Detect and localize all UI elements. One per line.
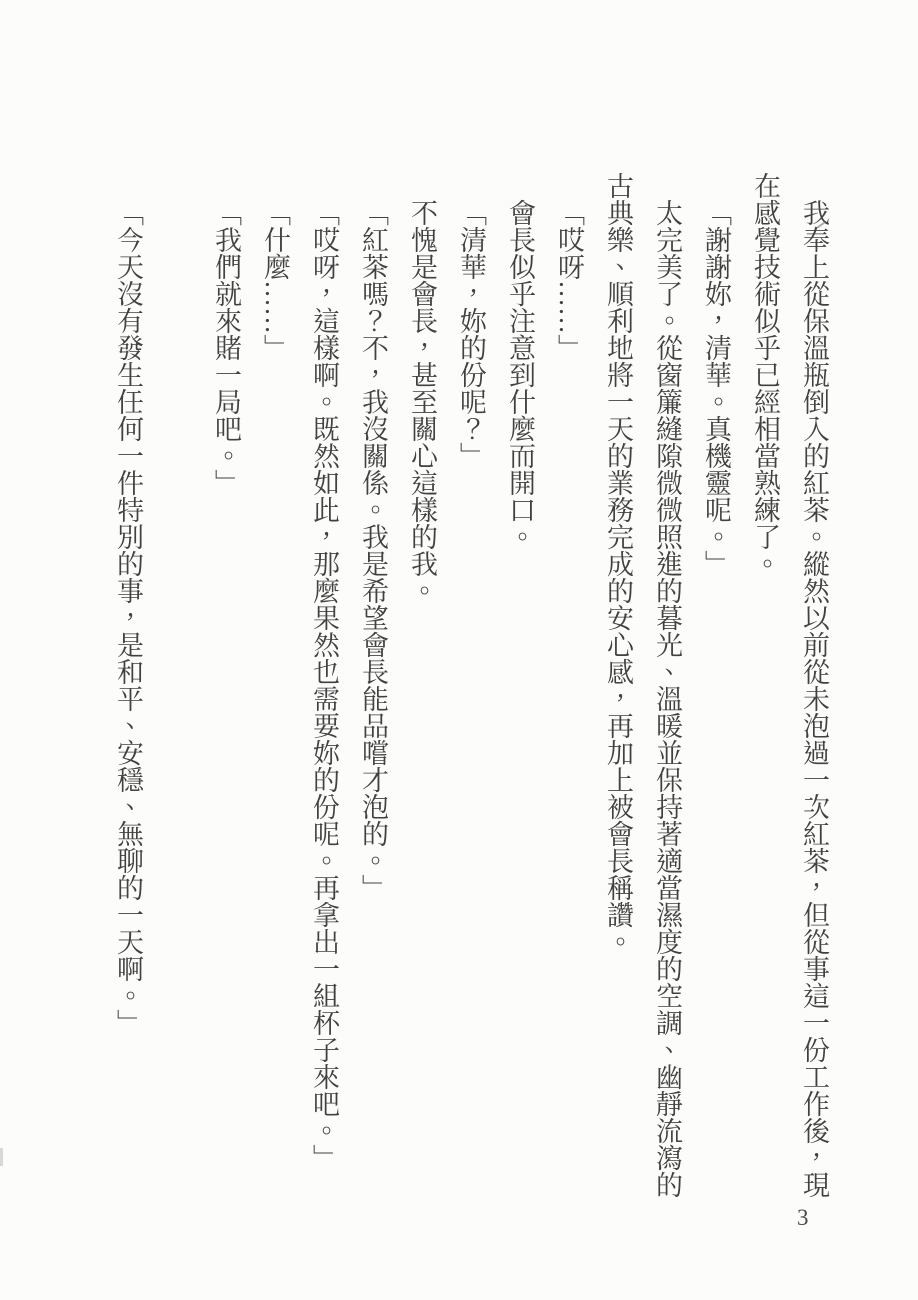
dialogue-paragraph: 「今天沒有發生任何一件特別的事，是和平、安穩、無聊的一天啊。」 [103, 172, 152, 1212]
dialogue-paragraph: 「哎呀……」 [544, 172, 593, 1212]
page-number: 3 [797, 1205, 809, 1231]
dialogue-paragraph: 「謝謝妳，清華。真機靈呢。」 [691, 172, 740, 1212]
narration-paragraph: 會長似乎注意到什麼而開口。 [495, 172, 544, 1212]
book-page: { "page": { "background_color": "#fcfcfb… [0, 0, 918, 1300]
dialogue-paragraph: 「我們就來賭一局吧。」 [201, 172, 250, 1212]
scan-edge-artifact [0, 1148, 3, 1166]
narration-paragraph: 不愧是會長，甚至關心這樣的我。 [397, 172, 446, 1212]
dialogue-paragraph: 「清華，妳的份呢？」 [446, 172, 495, 1212]
dialogue-paragraph: 「紅茶嗎？不，我沒關係。我是希望會長能品嚐才泡的。」 [348, 172, 397, 1212]
dialogue-paragraph: 「什麼……」 [250, 172, 299, 1212]
narration-paragraph: 太完美了。從窗簾縫隙微微照進的暮光、溫暖並保持著適當濕度的空調、幽靜流瀉的古典樂… [593, 172, 691, 1212]
vertical-text-block: 我奉上從保溫瓶倒入的紅茶。縱然以前從未泡過一次紅茶，但從事這一份工作後，現在感覺… [103, 172, 838, 1212]
dialogue-paragraph: 「哎呀，這樣啊。既然如此，那麼果然也需要妳的份呢。再拿出一組杯子來吧。」 [299, 172, 348, 1212]
narration-paragraph: 我奉上從保溫瓶倒入的紅茶。縱然以前從未泡過一次紅茶，但從事這一份工作後，現在感覺… [740, 172, 838, 1212]
